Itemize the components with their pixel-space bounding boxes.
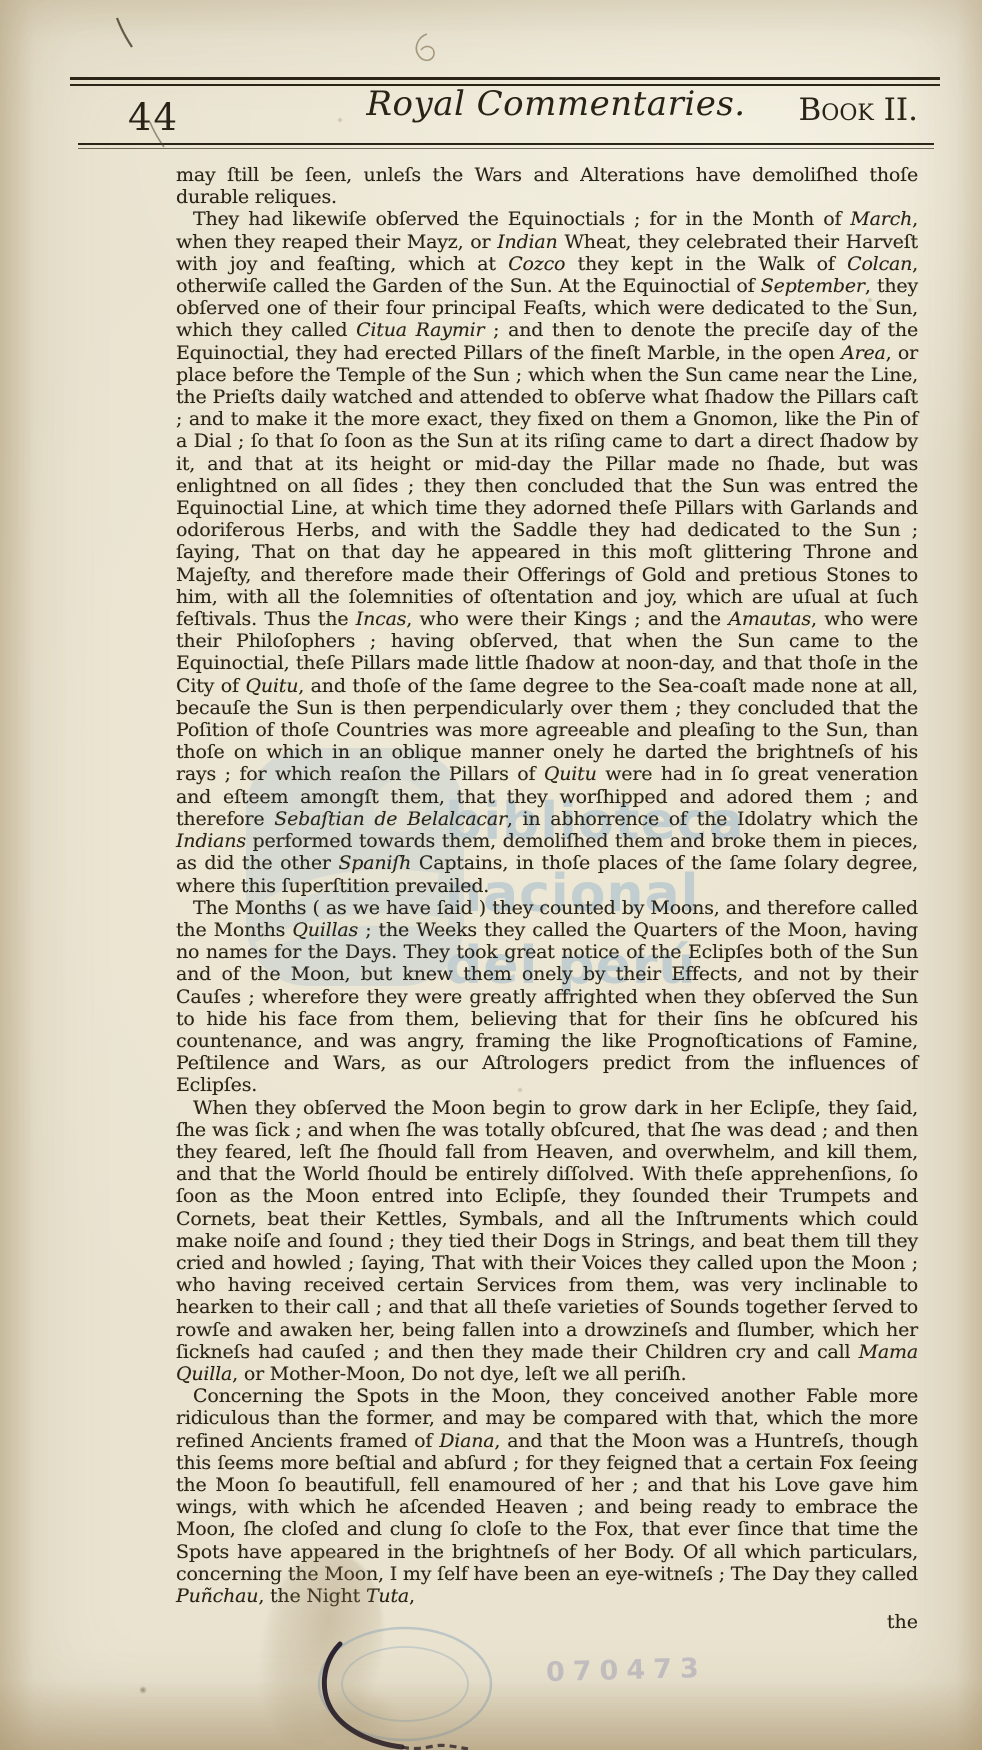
body-text: may ſtill be ſeen, unleſs the Wars and A… [176,164,918,1607]
paragraph: The Months ( as we have ſaid ) they coun… [176,897,918,1097]
header-bottom-rule [78,143,934,149]
accession-number-stamp: 070473 [546,1653,707,1688]
paragraph: They had likewiſe obſerved the Equinocti… [176,208,918,896]
catchword: the [887,1611,918,1633]
book-page-scan: biblioteca nacional del perú 44 Royal Co… [0,0,982,1750]
book-label: Book II. [799,92,919,128]
paragraph: When they obſerved the Moon begin to gro… [176,1097,918,1386]
oval-library-stamp [310,1620,540,1750]
paragraph: may ſtill be ſeen, unleſs the Wars and A… [176,164,918,208]
